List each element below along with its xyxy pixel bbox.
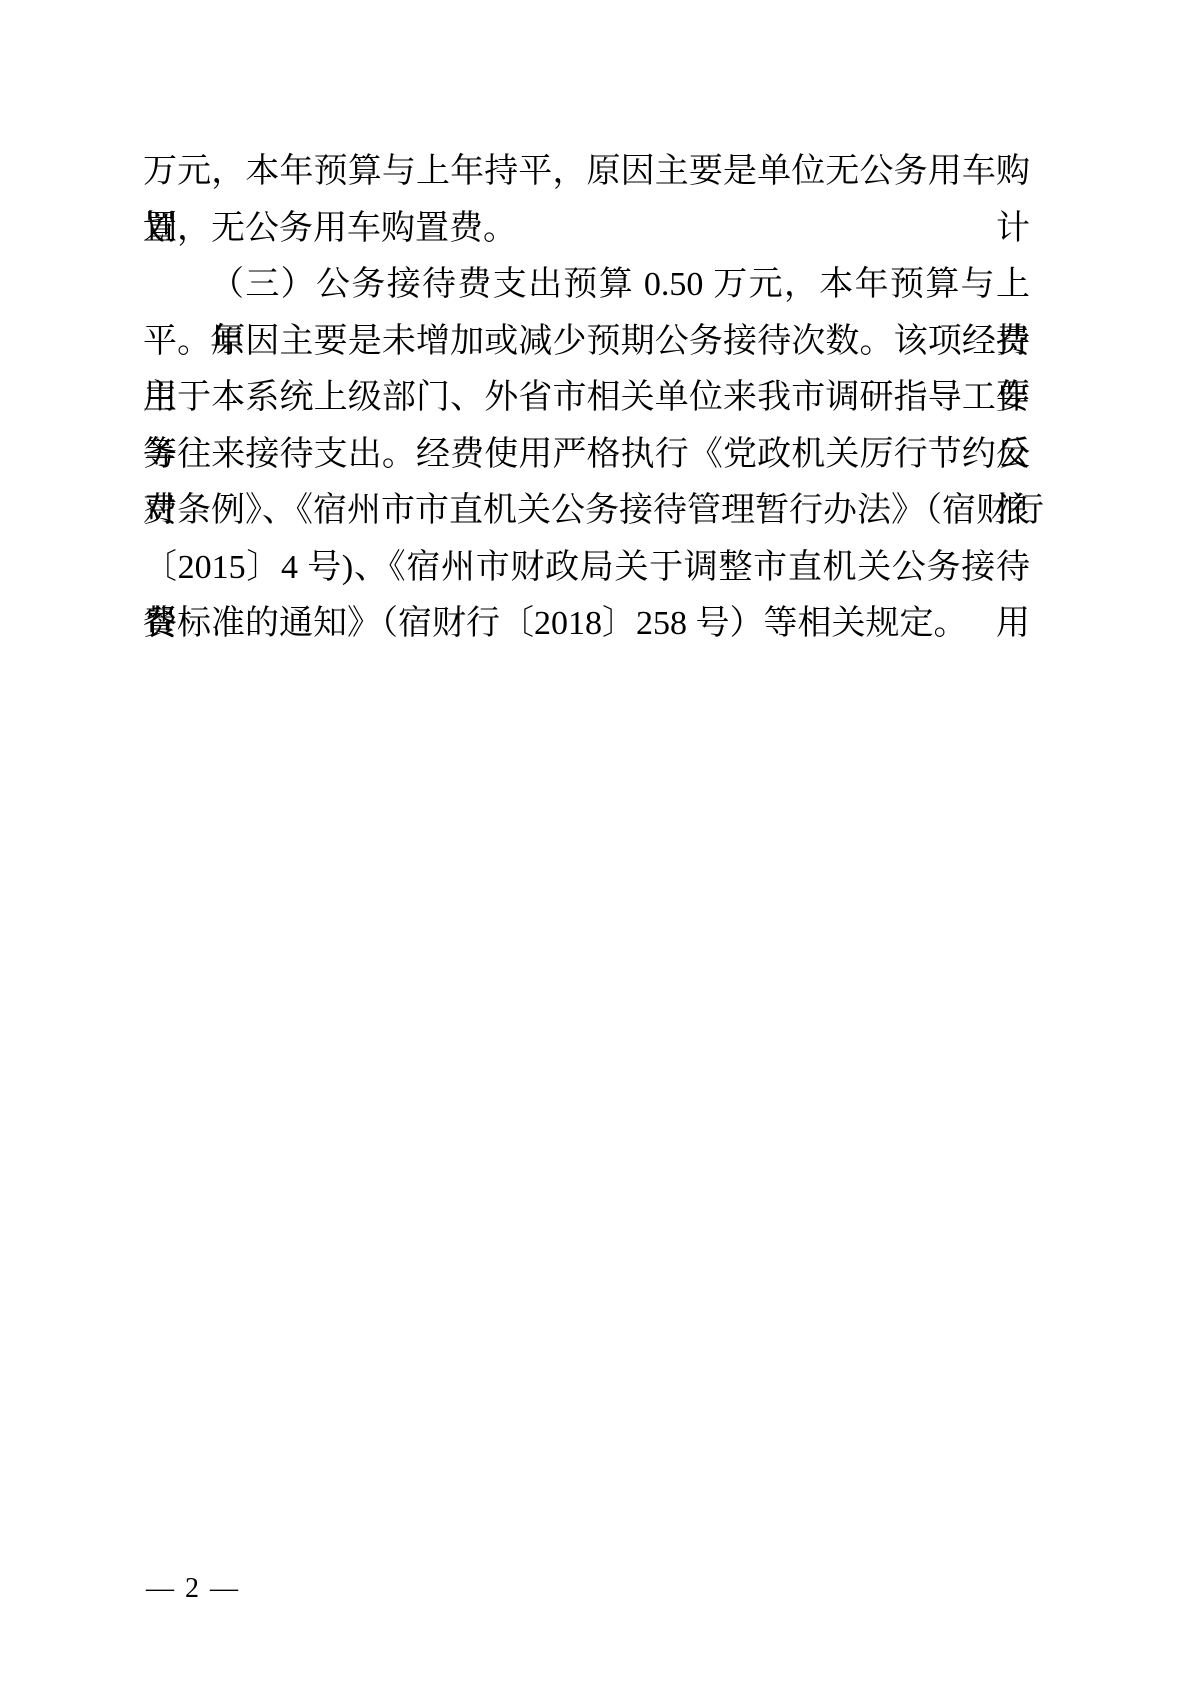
text-line: 务往来接待支出。经费使用严格执行《党政机关厉行节约反对浪 (143, 427, 1030, 484)
text-line: 餐标准的通知》（宿财行〔2018〕258 号）等相关规定。 (143, 596, 1030, 653)
text-line: 〔2015〕4 号)、《宿州市财政局关于调整市直机关公务接待费用 (143, 540, 1030, 597)
text-line: 费条例》、《宿州市市直机关公务接待管理暂行办法》（宿财行 (143, 483, 1030, 540)
page-number: — 2 — (146, 1572, 240, 1606)
body-text: 万元，本年预算与上年持平，原因主要是单位无公务用车购置计 划，无公务用车购置费。… (143, 144, 1030, 653)
text-line: 用于本系统上级部门、外省市相关单位来我市调研指导工作等公 (143, 370, 1030, 427)
text-line: （三）公务接待费支出预算 0.50 万元，本年预算与上年持 (143, 257, 1030, 314)
document-page: 万元，本年预算与上年持平，原因主要是单位无公务用车购置计 划，无公务用车购置费。… (0, 0, 1190, 1683)
text-line: 平。原因主要是未增加或减少预期公务接待次数。该项经费主要 (143, 314, 1030, 371)
text-line: 万元，本年预算与上年持平，原因主要是单位无公务用车购置计 (143, 144, 1030, 201)
